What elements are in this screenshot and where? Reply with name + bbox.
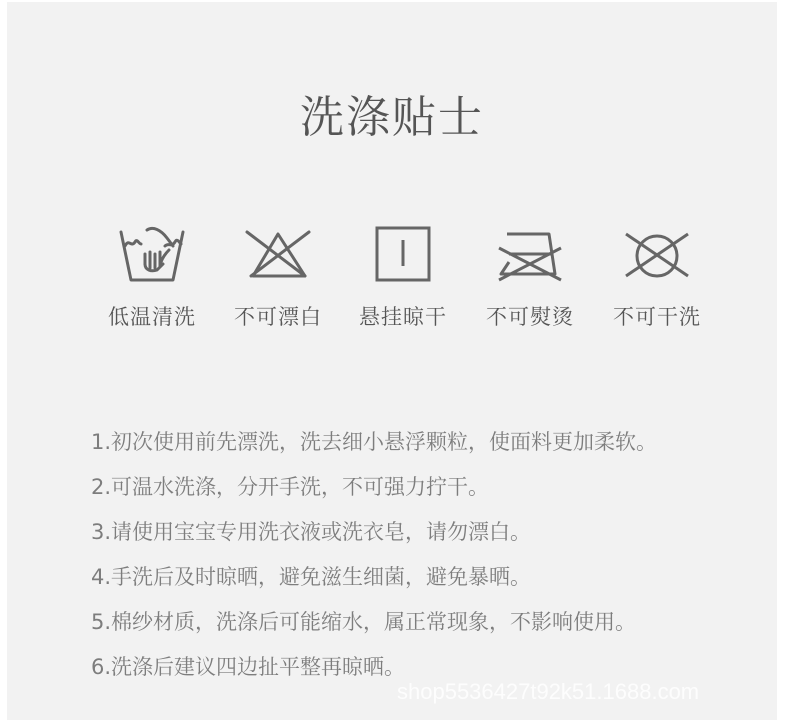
tip-item: 1.初次使用前先漂洗，洗去细小悬浮颗粒，使面料更加柔软。 [91, 420, 657, 465]
care-symbol-no-dry-clean: 不可干洗 [594, 224, 720, 330]
tip-item: 5.棉纱材质，洗涤后可能缩水，属正常现象，不影响使用。 [91, 600, 657, 645]
tip-item: 2.可温水洗涤，分开手洗，不可强力拧干。 [91, 465, 657, 510]
watermark: shop5536427t92k51.1688.com [397, 679, 699, 705]
care-symbol-no-iron: 不可熨烫 [467, 224, 593, 330]
care-label: 低温清洗 [89, 304, 215, 330]
care-symbol-hang-dry: 悬挂晾干 [340, 224, 466, 330]
no-iron-icon [495, 224, 565, 286]
care-label: 不可熨烫 [467, 304, 593, 330]
no-bleach-icon [243, 224, 313, 286]
care-label: 悬挂晾干 [340, 304, 466, 330]
care-symbol-hand-wash: 低温清洗 [89, 224, 215, 330]
hand-wash-icon [117, 224, 187, 286]
care-label: 不可漂白 [215, 304, 341, 330]
care-symbols-row: 低温清洗 不可漂白 悬挂晾干 不可熨烫 [7, 224, 777, 344]
hang-dry-icon [368, 224, 438, 286]
washing-tips-list: 1.初次使用前先漂洗，洗去细小悬浮颗粒，使面料更加柔软。 2.可温水洗涤，分开手… [91, 420, 657, 690]
page-title: 洗涤贴士 [7, 88, 777, 148]
care-symbol-no-bleach: 不可漂白 [215, 224, 341, 330]
tip-item: 3.请使用宝宝专用洗衣液或洗衣皂，请勿漂白。 [91, 510, 657, 555]
tip-item: 4.手洗后及时晾晒，避免滋生细菌，避免暴晒。 [91, 555, 657, 600]
care-instructions-panel: 洗涤贴士 低温清洗 不可漂白 [7, 2, 777, 720]
care-label: 不可干洗 [594, 304, 720, 330]
no-dry-clean-icon [622, 224, 692, 286]
